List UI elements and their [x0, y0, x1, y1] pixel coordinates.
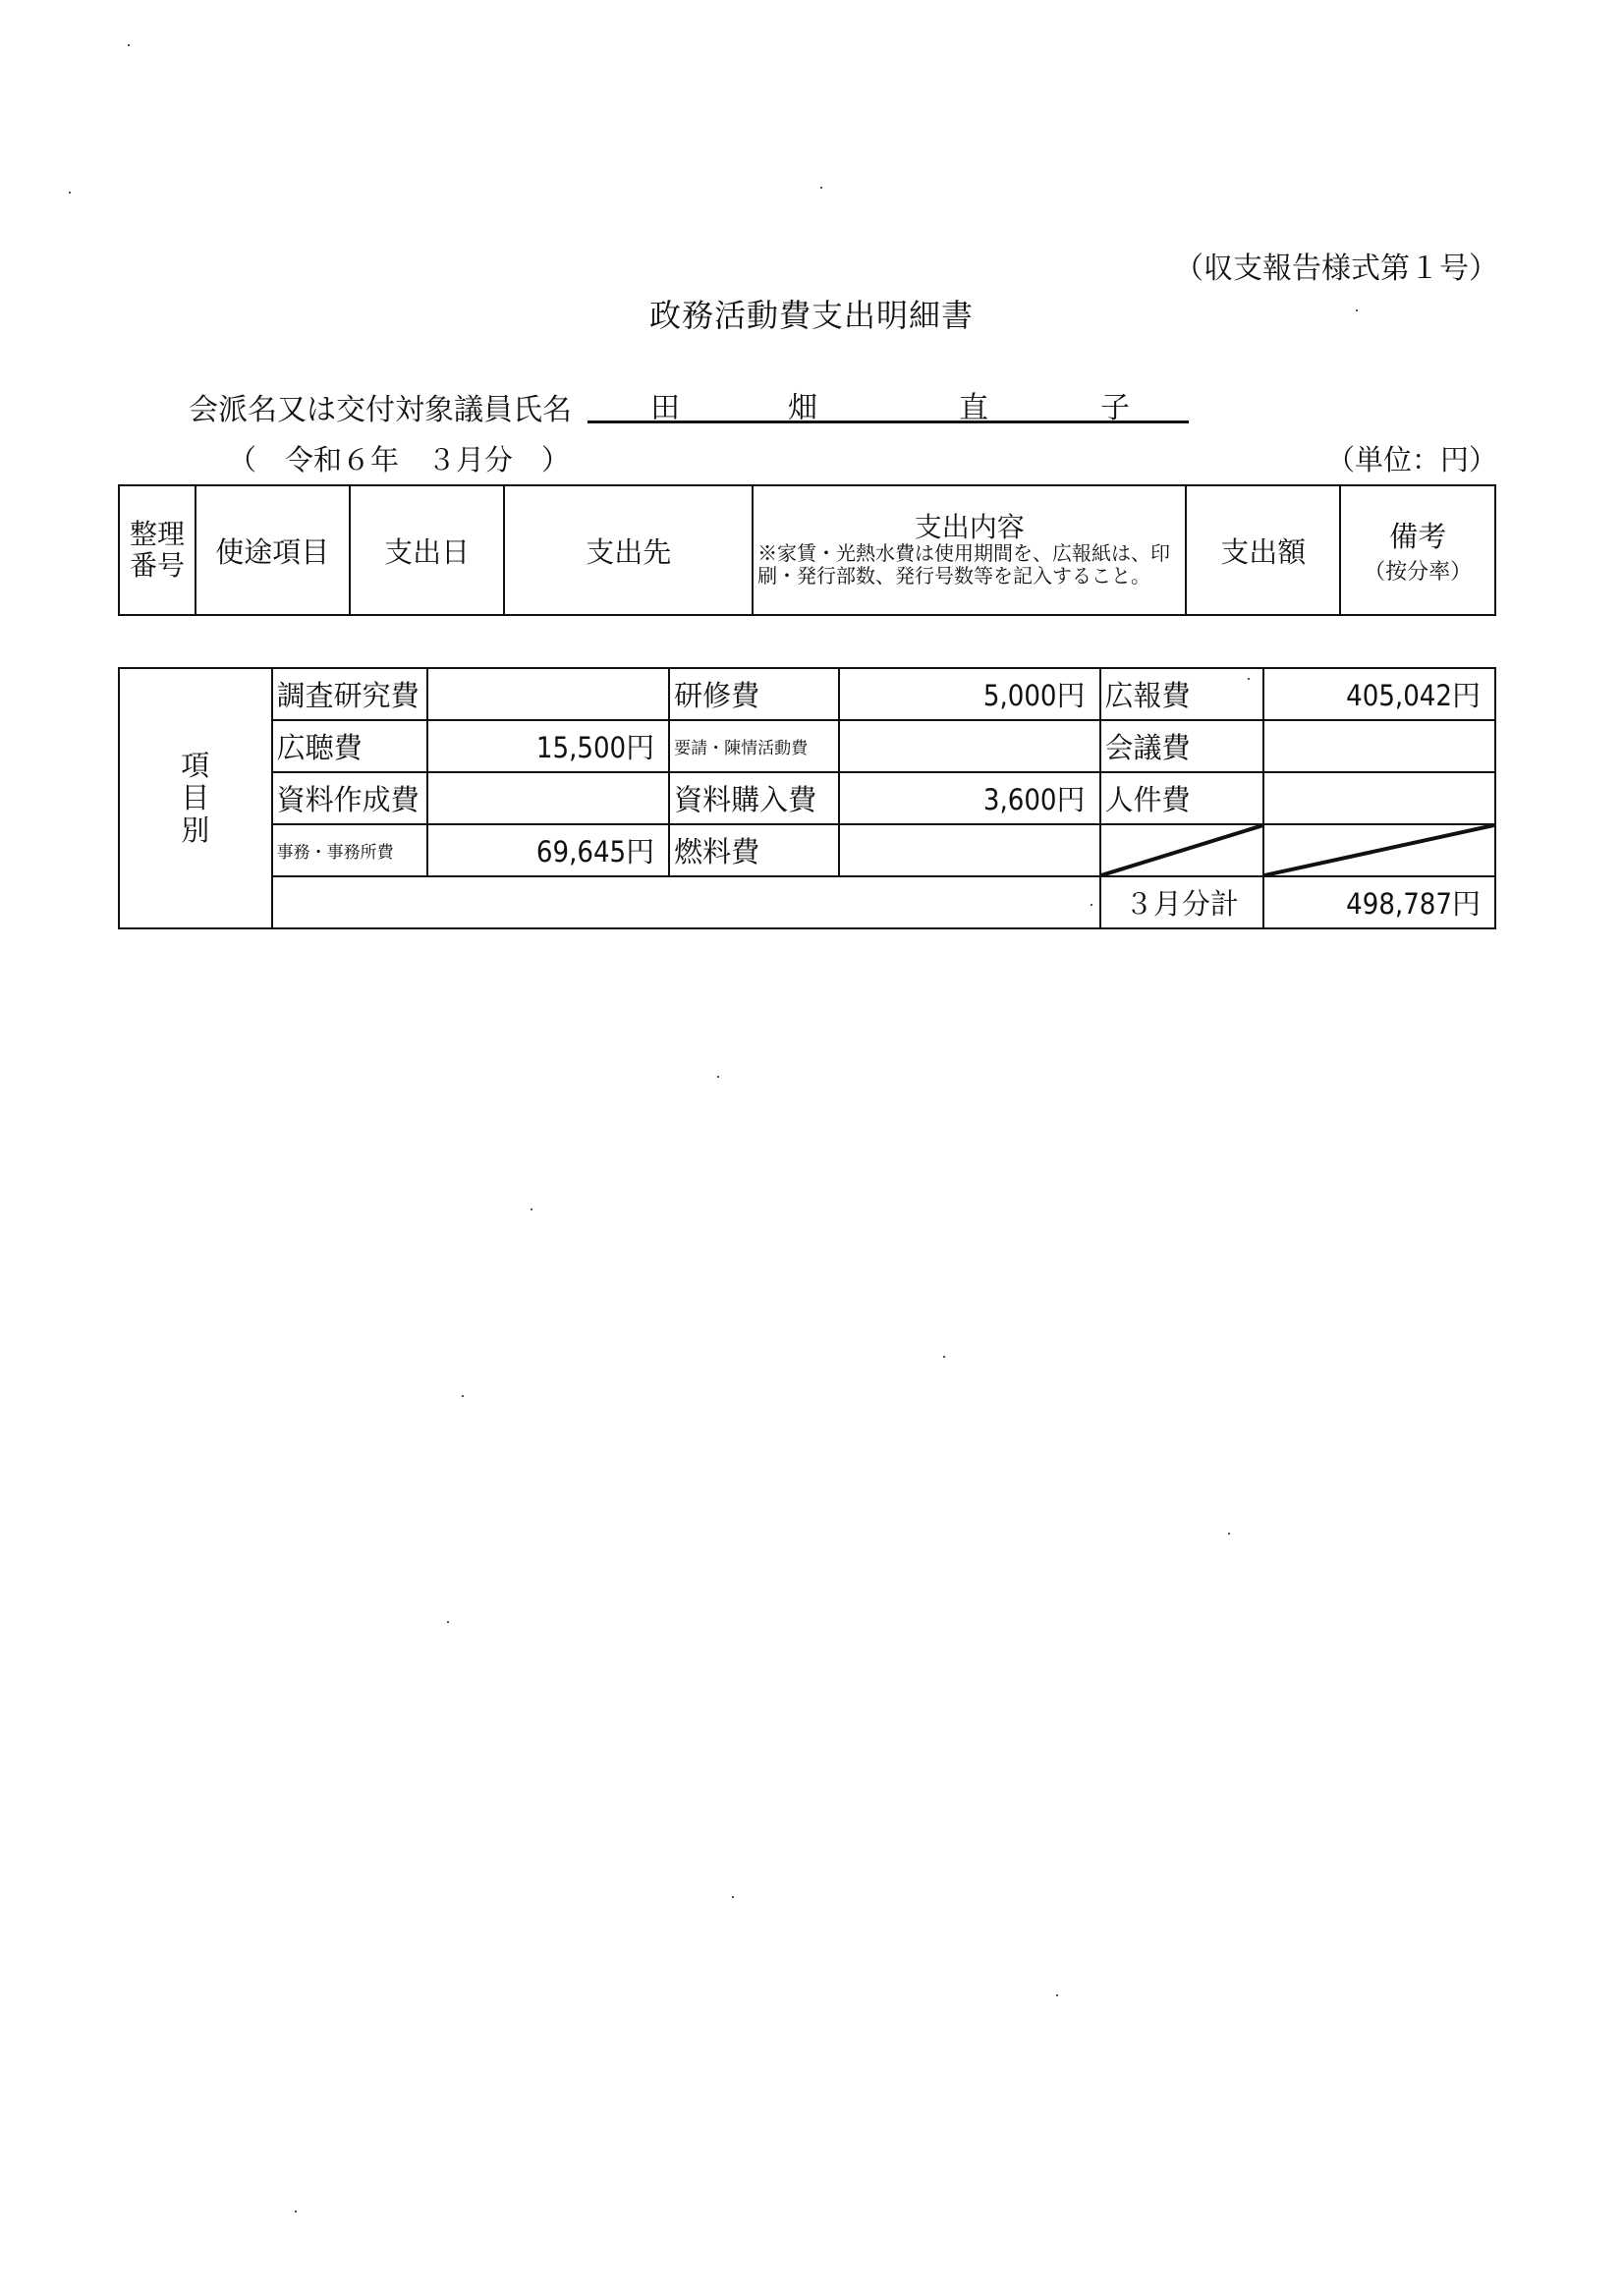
scan-speck	[1056, 1994, 1058, 1996]
col-purpose: 使途項目	[196, 485, 350, 615]
table-row-total: ３月分計 498,787円	[119, 876, 1495, 928]
col-content: 支出内容 ※家賃・光熱水費は使用期間を、広報紙は、印刷・発行部数、発行号数等を記…	[753, 485, 1186, 615]
member-name: 田 畑 直 子	[588, 383, 1189, 422]
category-amount: 3,600円	[839, 772, 1099, 824]
row-header-by-category: 項 目 別	[119, 668, 272, 928]
category-amount	[427, 772, 670, 824]
scan-speck	[717, 1076, 719, 1078]
total-blank	[272, 876, 1100, 928]
scan-speck	[1091, 904, 1092, 906]
diagonal-strike-icon	[1101, 825, 1263, 875]
total-label: ３月分計	[1100, 876, 1264, 928]
scan-speck	[462, 1395, 464, 1397]
category-label: 資料購入費	[669, 772, 839, 824]
category-label: 広聴費	[272, 720, 427, 772]
category-amount: 405,042円	[1263, 668, 1495, 720]
document-title: 政務活動費支出明細書	[0, 291, 1623, 336]
scan-speck	[447, 1621, 449, 1623]
category-amount: 15,500円	[427, 720, 670, 772]
category-amount	[839, 824, 1099, 876]
table-row: 事務・事務所費 69,645円 燃料費	[119, 824, 1495, 876]
category-summary-table: 項 目 別 調査研究費 研修費 5,000円 広報費 405,042円 広聴費 …	[118, 667, 1496, 929]
detail-header-table: 整理 番号 使途項目 支出日 支出先 支出内容 ※家賃・光熱水費は使用期間を、広…	[118, 484, 1496, 616]
category-amount: 69,645円	[427, 824, 670, 876]
col-remarks: 備考 （按分率）	[1340, 485, 1495, 615]
scan-speck	[128, 44, 130, 46]
table-row: 資料作成費 資料購入費 3,600円 人件費	[119, 772, 1495, 824]
col-payee: 支出先	[504, 485, 753, 615]
category-label: 資料作成費	[272, 772, 427, 824]
scan-speck	[69, 192, 71, 194]
scan-speck	[1228, 1533, 1230, 1535]
category-amount	[839, 720, 1099, 772]
table-row: 項 目 別 調査研究費 研修費 5,000円 広報費 405,042円	[119, 668, 1495, 720]
scan-speck	[1248, 678, 1250, 680]
scan-speck	[295, 2211, 297, 2212]
category-label: 調査研究費	[272, 668, 427, 720]
struck-out-cell	[1100, 824, 1264, 876]
struck-out-cell	[1263, 824, 1495, 876]
col-amount: 支出額	[1186, 485, 1340, 615]
form-number: （収支報告様式第１号）	[1174, 244, 1498, 287]
scan-speck	[1356, 309, 1358, 311]
scan-speck	[943, 1356, 945, 1358]
col-date: 支出日	[350, 485, 505, 615]
scan-speck	[820, 187, 822, 189]
content-note: ※家賃・光熱水費は使用期間を、広報紙は、印刷・発行部数、発行号数等を記入すること…	[757, 541, 1170, 588]
category-amount: 5,000円	[839, 668, 1099, 720]
category-label: 事務・事務所費	[272, 824, 427, 876]
category-label: 広報費	[1100, 668, 1264, 720]
report-period: （ 令和６年 ３月分 ）	[228, 438, 570, 478]
category-label: 研修費	[669, 668, 839, 720]
category-label: 会議費	[1100, 720, 1264, 772]
category-label: 燃料費	[669, 824, 839, 876]
category-amount	[1263, 772, 1495, 824]
table-row: 広聴費 15,500円 要請・陳情活動費 会議費	[119, 720, 1495, 772]
member-label: 会派名又は交付対象議員氏名	[189, 385, 572, 428]
unit-label: （単位：円）	[1326, 438, 1497, 478]
scan-speck	[732, 1896, 734, 1898]
diagonal-strike-icon	[1264, 825, 1494, 875]
total-amount: 498,787円	[1263, 876, 1495, 928]
member-name-underline	[588, 420, 1189, 423]
scan-speck	[531, 1208, 532, 1210]
category-amount	[427, 668, 670, 720]
col-ref-number: 整理 番号	[119, 485, 196, 615]
category-label: 要請・陳情活動費	[669, 720, 839, 772]
category-amount	[1263, 720, 1495, 772]
category-label: 人件費	[1100, 772, 1264, 824]
